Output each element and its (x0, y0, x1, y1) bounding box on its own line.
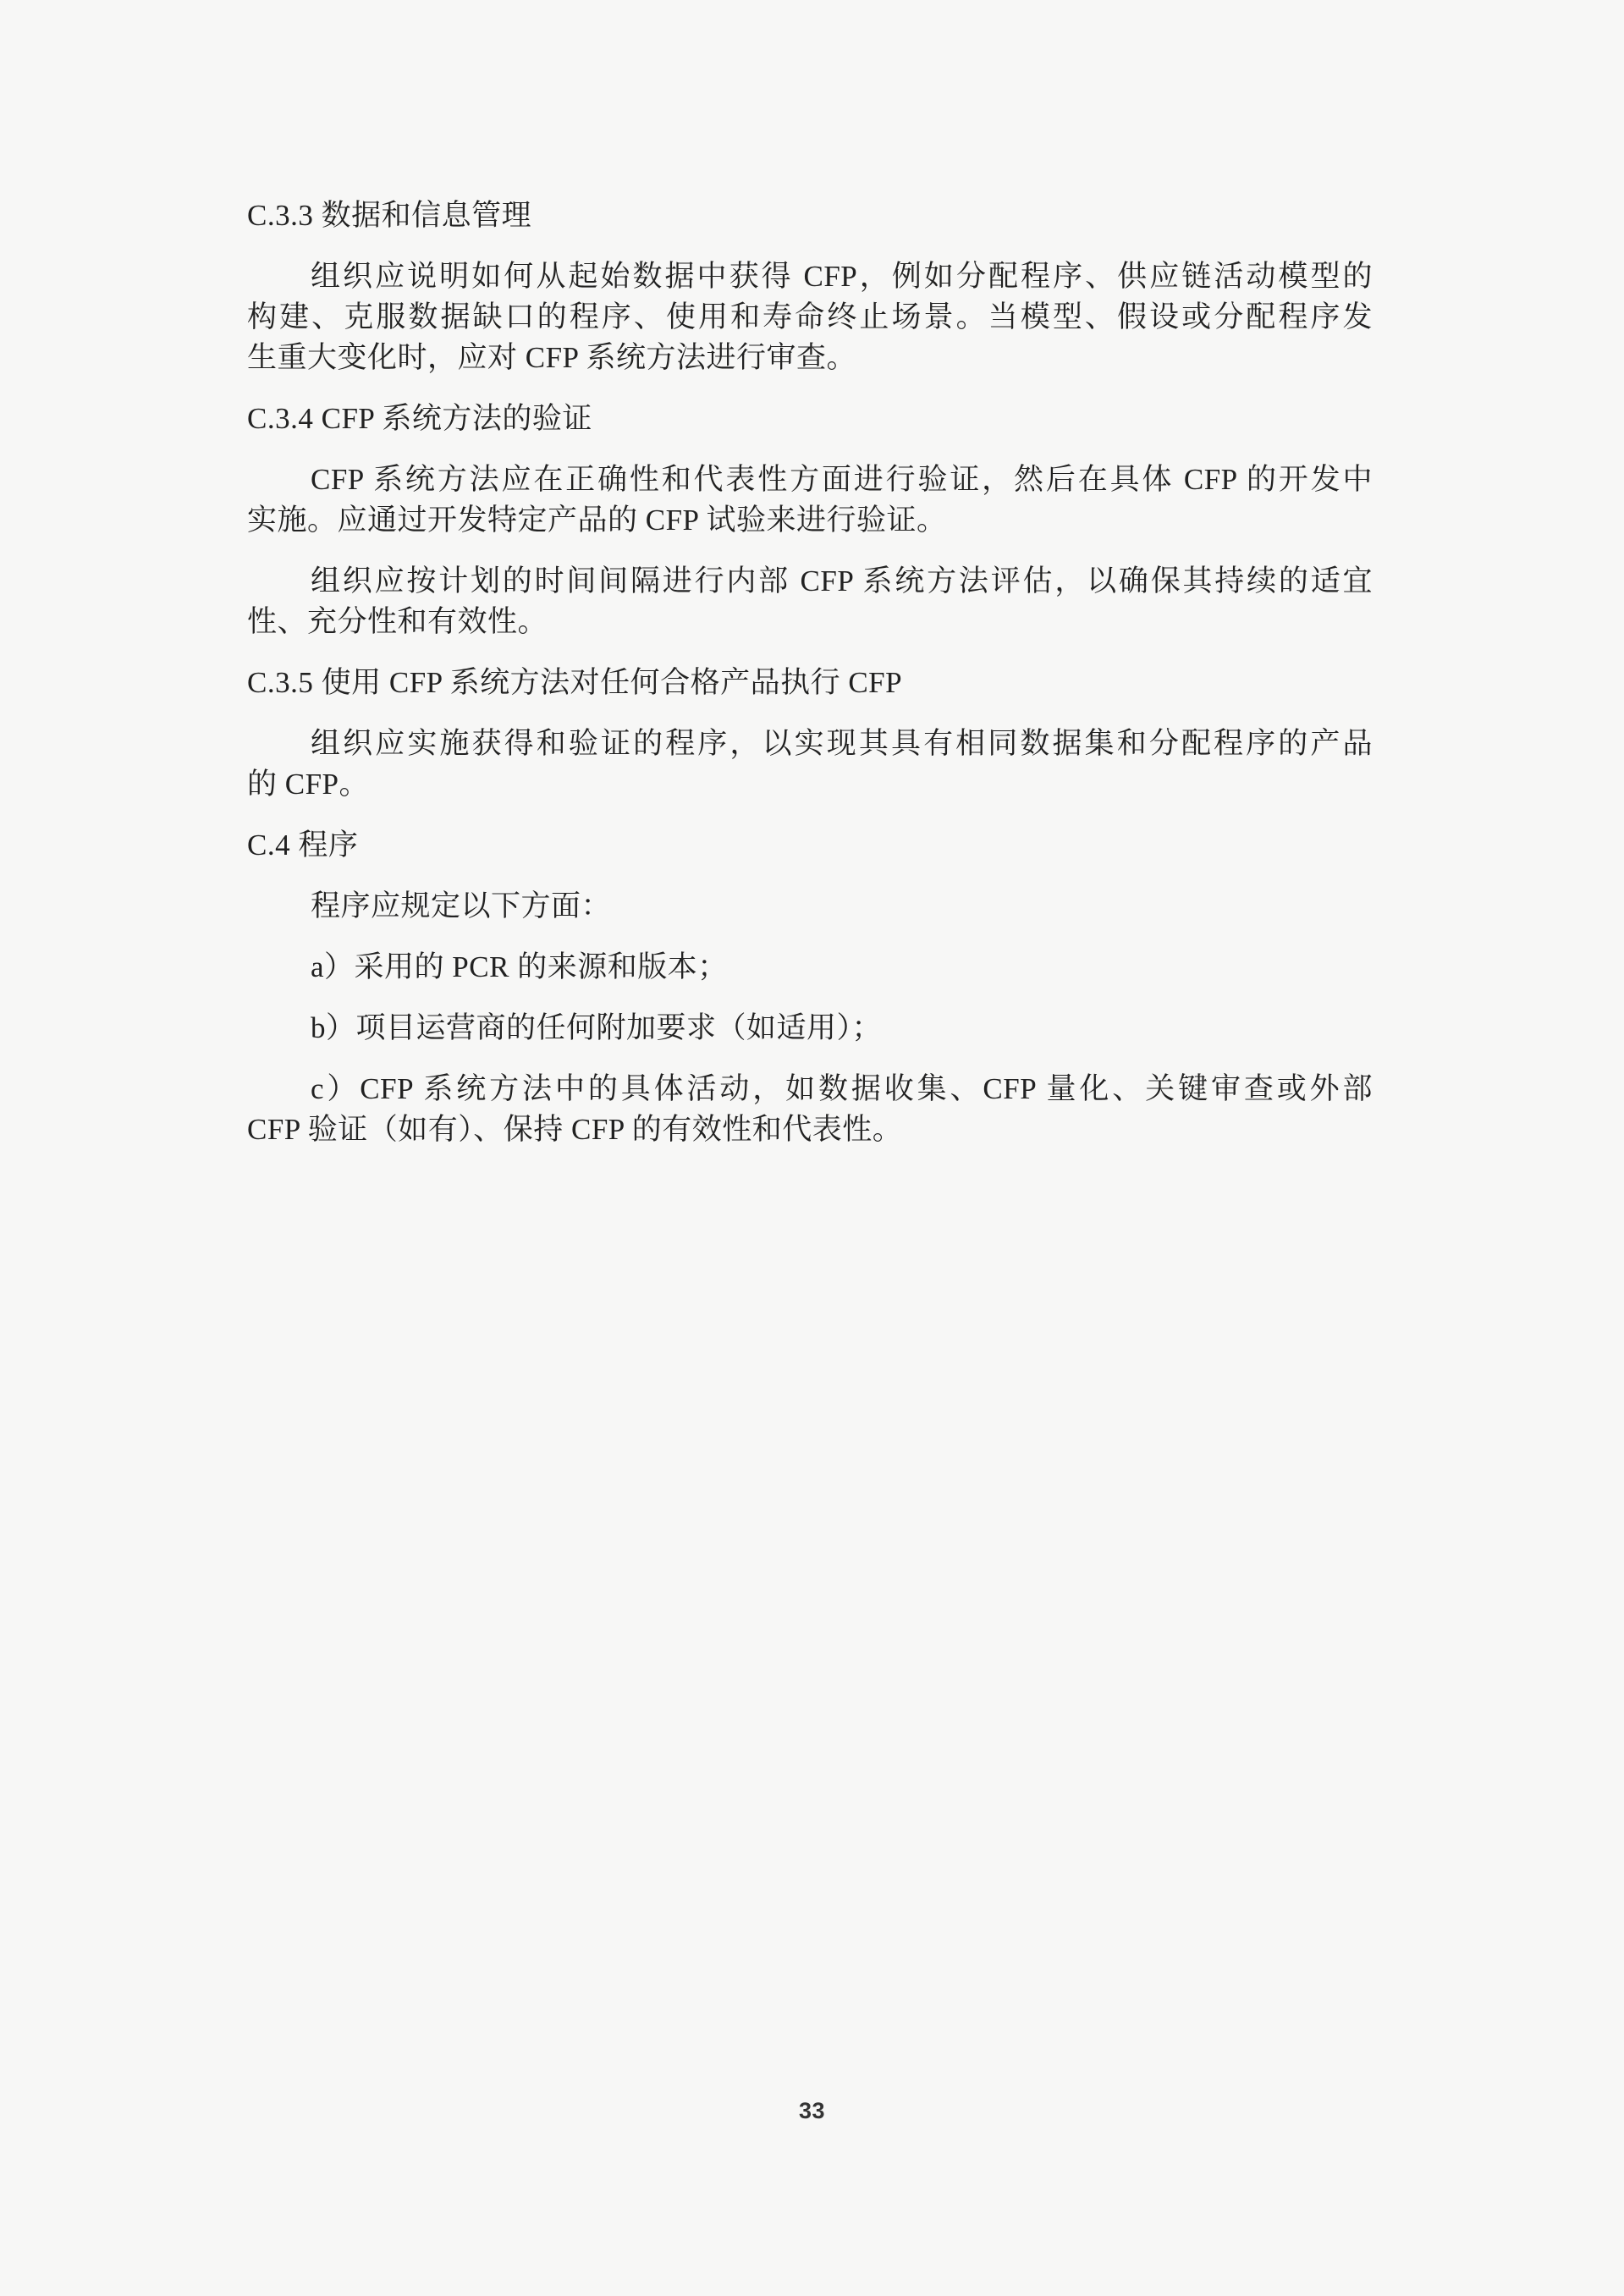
list-item-c: c）CFP 系统方法中的具体活动，如数据收集、CFP 量化、关键审查或外部 (247, 1069, 1373, 1109)
paragraph-line: 的 CFP。 (247, 764, 1373, 805)
list-item-a: a）采用的 PCR 的来源和版本； (247, 947, 1373, 988)
section-heading-c-3-4: C.3.4 CFP 系统方法的验证 (247, 399, 1373, 439)
paragraph-line: 组织应按计划的时间间隔进行内部 CFP 系统方法评估，以确保其持续的适宜 (247, 561, 1373, 602)
document-page: C.3.3 数据和信息管理 组织应说明如何从起始数据中获得 CFP，例如分配程序… (0, 0, 1624, 2296)
paragraph-line: 性、充分性和有效性。 (247, 602, 1373, 642)
section-heading-c-3-5: C.3.5 使用 CFP 系统方法对任何合格产品执行 CFP (247, 663, 1373, 703)
page-number: 33 (0, 2098, 1624, 2124)
paragraph-line: 实施。应通过开发特定产品的 CFP 试验来进行验证。 (247, 500, 1373, 541)
paragraph-line: 生重大变化时，应对 CFP 系统方法进行审查。 (247, 338, 1373, 378)
paragraph-line: 组织应说明如何从起始数据中获得 CFP，例如分配程序、供应链活动模型的 (247, 256, 1373, 297)
section-heading-c-4: C.4 程序 (247, 825, 1373, 866)
paragraph-line: 组织应实施获得和验证的程序，以实现其具有相同数据集和分配程序的产品 (247, 724, 1373, 764)
paragraph-line: 程序应规定以下方面： (247, 886, 1373, 927)
list-item-c-continuation: CFP 验证（如有）、保持 CFP 的有效性和代表性。 (247, 1109, 1373, 1150)
list-item-b: b）项目运营商的任何附加要求（如适用）； (247, 1008, 1373, 1049)
section-heading-c-3-3: C.3.3 数据和信息管理 (247, 195, 1373, 236)
paragraph-line: CFP 系统方法应在正确性和代表性方面进行验证，然后在具体 CFP 的开发中 (247, 460, 1373, 500)
document-text-block: C.3.3 数据和信息管理 组织应说明如何从起始数据中获得 CFP，例如分配程序… (247, 195, 1373, 1150)
paragraph-line: 构建、克服数据缺口的程序、使用和寿命终止场景。当模型、假设或分配程序发 (247, 297, 1373, 338)
